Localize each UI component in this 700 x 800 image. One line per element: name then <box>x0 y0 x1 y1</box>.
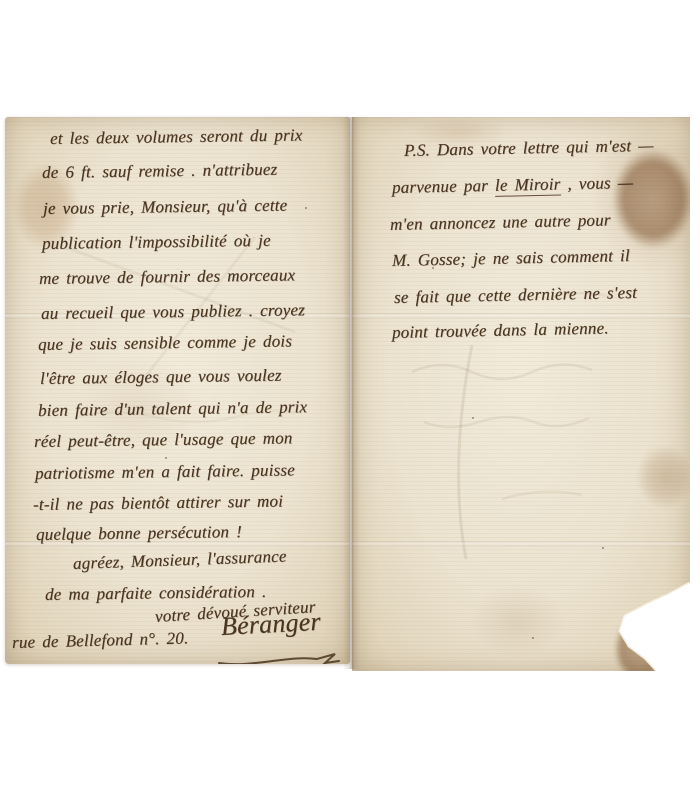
fold-crease <box>352 541 690 547</box>
stain <box>75 357 205 457</box>
manuscript-line: au recueil que vous publiez . croyez <box>41 300 305 324</box>
closing-line: agréez, Monsieur, l'assurance <box>73 547 287 574</box>
stain <box>13 163 79 251</box>
signature-flourish <box>217 651 343 664</box>
letter-page-left: et les deux volumes seront du prix de 6 … <box>5 117 350 664</box>
manuscript-line: je vous prie, Monsieur, qu'à cette <box>43 196 288 219</box>
manuscript-line: -t-il ne pas bientôt attirer sur moi <box>33 492 283 515</box>
paper-speck <box>472 417 474 419</box>
stain <box>470 585 565 657</box>
manuscript-line: que je suis sensible comme je dois <box>38 331 292 355</box>
letter-page-right: P.S. Dans votre lettre qui m'est — parve… <box>352 117 690 671</box>
letter-photo: et les deux volumes seront du prix de 6 … <box>0 0 700 800</box>
manuscript-line: se fait que cette dernière ne s'est <box>394 283 637 308</box>
manuscript-line: de 6 ft. sauf remise . n'attribuez <box>42 160 278 183</box>
underlined-title: le Miroir <box>495 174 561 196</box>
paper-speck <box>305 207 307 209</box>
manuscript-line: et les deux volumes seront du prix <box>50 125 303 149</box>
manuscript-line: patriotisme m'en a fait faire. puisse <box>35 460 295 484</box>
page-fold-seam <box>343 117 360 669</box>
signature: Béranger <box>220 612 321 637</box>
manuscript-line: m'en annoncez une autre pour <box>390 210 611 235</box>
manuscript-line: publication l'impossibilité où je <box>42 231 271 254</box>
stain <box>612 149 690 249</box>
address-line: rue de Bellefond n°. 20. <box>12 628 189 653</box>
manuscript-line-segment: parvenue par <box>392 176 495 197</box>
manuscript-line: M. Gosse; je ne sais comment il <box>392 246 630 271</box>
paper-speck <box>165 457 167 459</box>
stain <box>412 117 508 147</box>
manuscript-line: point trouvée dans la mienne. <box>392 318 609 343</box>
manuscript-line: quelque bonne persécution ! <box>36 522 242 545</box>
stain <box>636 445 690 509</box>
stain <box>614 615 668 671</box>
manuscript-line: me trouve de fournir des morceaux <box>39 265 296 289</box>
fold-crease <box>352 313 690 319</box>
paper-speck <box>602 547 604 549</box>
